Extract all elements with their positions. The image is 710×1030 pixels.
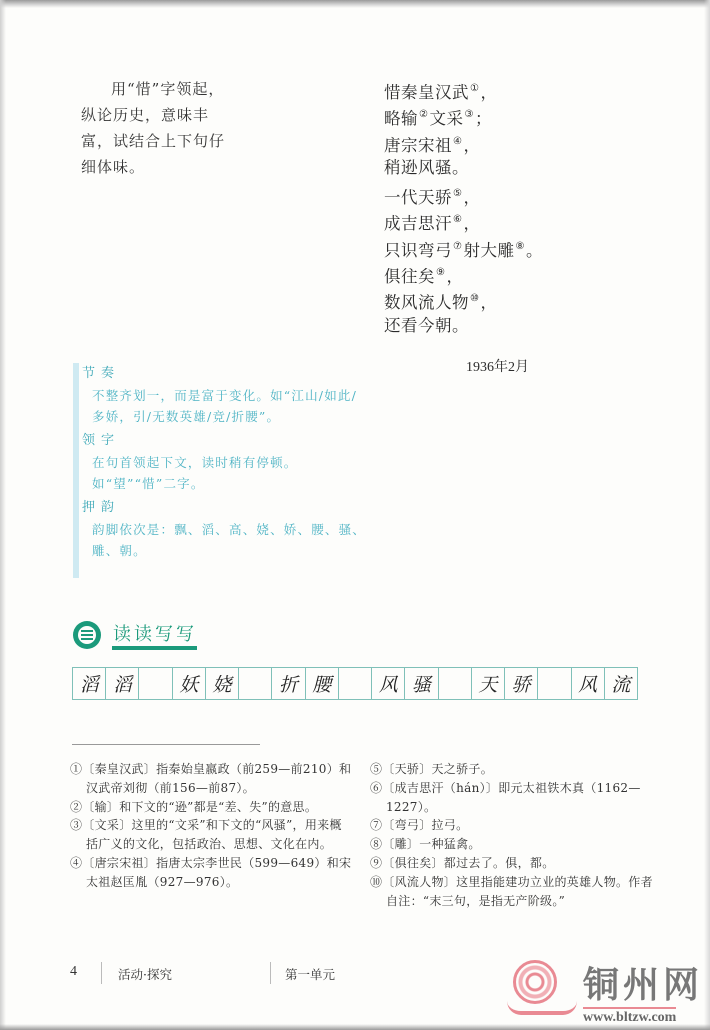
- grid-cell: [339, 668, 372, 699]
- footnote-marker: ⑦: [453, 241, 462, 252]
- annotation-body: 不整齐划一，而是富于变化。如“江山/如此/多娇，引/无数英雄/竞/折腰”。: [82, 385, 367, 427]
- poem-line: 成吉思汗⑥，: [384, 207, 543, 233]
- grid-cell: 骄: [505, 668, 538, 699]
- page-top-shadow: [0, 0, 710, 8]
- poem-punctuation: ，: [463, 136, 480, 155]
- poem-line: 只识弯弓⑦射大雕⑧。: [384, 234, 543, 260]
- poem-text: 一代天骄: [384, 188, 452, 207]
- poem-text: 略输: [384, 109, 418, 128]
- writing-grid: 滔滔妖娆折腰风骚天骄风流: [72, 667, 638, 700]
- footnote: ⑩〔风流人物〕这里指能建功立业的英雄人物。作者自注：“末三句，是指无产阶级。”: [370, 873, 660, 911]
- poem-line: 稍逊风骚。: [384, 155, 543, 181]
- grid-cell: 滔: [106, 668, 139, 699]
- poem-text: 俱往矣: [384, 267, 435, 286]
- poem-punctuation: ，: [446, 267, 463, 286]
- poem-line: 唐宗宋祖④，: [384, 129, 543, 155]
- poem-punctuation: 。: [526, 241, 543, 260]
- annotation-body: 韵脚依次是：飘、滔、高、娆、娇、腰、骚、雕、朝。: [82, 519, 367, 561]
- watermark-ribbon-icon: [507, 1001, 577, 1015]
- footnote-marker: ③: [464, 109, 473, 120]
- section-heading: 读读写写: [73, 617, 273, 653]
- page-left-shadow: [0, 0, 6, 1030]
- reading-prompt: 用“惜”字领起，纵论历史，意味丰富，试结合上下句仔细体味。: [81, 76, 231, 180]
- footnote: ⑧〔雕〕一种猛禽。: [370, 835, 660, 854]
- poem-punctuation: ，: [480, 293, 497, 312]
- poem-line: 还看今朝。: [384, 313, 543, 339]
- page-number: 4: [70, 964, 77, 980]
- grid-cell: 折: [272, 668, 305, 699]
- annotation-heading: 押韵: [82, 497, 367, 519]
- watermark-seal-icon: [513, 960, 557, 1004]
- watermark-name: 铜州网: [583, 957, 703, 1008]
- annotation-heading: 领字: [82, 430, 367, 452]
- grid-cell: 流: [605, 668, 637, 699]
- footnote-marker: ①: [470, 83, 479, 94]
- poem-line: 略输②文采③；: [384, 102, 543, 128]
- page-right-edge: [704, 0, 710, 1030]
- poem-punctuation: ；: [475, 109, 492, 128]
- grid-cell: 妖: [173, 668, 206, 699]
- grid-cell: [439, 668, 472, 699]
- watermark-url: www.bltzw.com: [583, 1007, 676, 1026]
- poem: 惜秦皇汉武①，略输②文采③；唐宗宋祖④，稍逊风骚。一代天骄⑤，成吉思汗⑥，只识弯…: [384, 76, 543, 339]
- footnote: ③〔文采〕这里的“文采”和下文的“风骚”，用来概括广义的文化，包括政治、思想、文…: [70, 816, 352, 854]
- poem-text: 成吉思汗: [384, 214, 452, 233]
- footnote-marker: ⑩: [470, 293, 479, 304]
- grid-cell: 天: [472, 668, 505, 699]
- grid-cell: 娆: [206, 668, 239, 699]
- grid-cell: [139, 668, 172, 699]
- poem-text: 射大雕: [463, 241, 514, 260]
- footnote-divider: [72, 744, 260, 745]
- footnote: ⑦〔弯弓〕拉弓。: [370, 816, 660, 835]
- poem-text: 只识弯弓: [384, 241, 452, 260]
- footnote: ⑨〔俱往矣〕都过去了。俱，都。: [370, 854, 660, 873]
- grid-cell: [538, 668, 571, 699]
- footnote-marker: ④: [453, 136, 462, 147]
- annotation-list: 节奏不整齐划一，而是富于变化。如“江山/如此/多娇，引/无数英雄/竞/折腰”。领…: [82, 363, 367, 564]
- poem-punctuation: 。: [452, 316, 469, 335]
- annotation-heading: 节奏: [82, 363, 367, 385]
- grid-cell: 风: [572, 668, 605, 699]
- footer-divider: [101, 962, 102, 984]
- poem-line: 惜秦皇汉武①，: [384, 76, 543, 102]
- poem-date: 1936年2月: [466, 356, 529, 376]
- grid-cell: 腰: [306, 668, 339, 699]
- footer-unit: 第一单元: [285, 965, 335, 983]
- poem-text: 文采: [429, 109, 463, 128]
- grid-cell: [239, 668, 272, 699]
- footnote: ⑥〔成吉思汗（hán）〕即元太祖铁木真（1162—1227）。: [370, 779, 660, 817]
- footnote-marker: ⑧: [515, 241, 524, 252]
- footnote-marker: ⑤: [453, 188, 462, 199]
- poem-line: 俱往矣⑨，: [384, 260, 543, 286]
- poem-text: 数风流人物: [384, 293, 469, 312]
- grid-cell: 骚: [405, 668, 438, 699]
- footnote-marker: ②: [419, 109, 428, 120]
- footer-divider: [270, 962, 271, 984]
- annotation-body: 在句首领起下文，读时稍有停顿。如“望”“惜”二字。: [82, 452, 367, 494]
- footnotes-left: ①〔秦皇汉武〕指秦始皇嬴政（前259—前210）和汉武帝刘彻（前156—前87）…: [70, 760, 352, 892]
- watermark: 铜州网 www.bltzw.com: [505, 955, 710, 1030]
- annotation-bar: [73, 363, 79, 578]
- poem-punctuation: ，: [463, 214, 480, 233]
- footer-section-title: 活动·探究: [118, 965, 172, 983]
- grid-cell: 滔: [73, 668, 106, 699]
- section-number-three-icon: [73, 621, 101, 649]
- poem-punctuation: 。: [452, 158, 469, 177]
- poem-text: 唐宗宋祖: [384, 136, 452, 155]
- poem-line: 一代天骄⑤，: [384, 181, 543, 207]
- footnote-marker: ⑥: [453, 214, 462, 225]
- footnote: ④〔唐宗宋祖〕指唐太宗李世民（599—649）和宋太祖赵匡胤（927—976）。: [70, 854, 352, 892]
- grid-cell: 风: [372, 668, 405, 699]
- section-underline: [112, 646, 197, 650]
- poem-text: 惜秦皇汉武: [384, 83, 469, 102]
- footnotes-right: ⑤〔天骄〕天之骄子。⑥〔成吉思汗（hán）〕即元太祖铁木真（1162—1227）…: [370, 760, 660, 910]
- poem-punctuation: ，: [480, 83, 497, 102]
- poem-text: 稍逊风骚: [384, 158, 452, 177]
- footnote: ①〔秦皇汉武〕指秦始皇嬴政（前259—前210）和汉武帝刘彻（前156—前87）…: [70, 760, 352, 798]
- poem-punctuation: ，: [463, 188, 480, 207]
- footnote: ②〔输〕和下文的“逊”都是“差、失”的意思。: [70, 798, 352, 817]
- footnote-marker: ⑨: [436, 267, 445, 278]
- annotation-sidebar: 节奏不整齐划一，而是富于变化。如“江山/如此/多娇，引/无数英雄/竞/折腰”。领…: [73, 363, 363, 578]
- footnote: ⑤〔天骄〕天之骄子。: [370, 760, 660, 779]
- section-title: 读读写写: [113, 620, 197, 646]
- poem-line: 数风流人物⑩，: [384, 286, 543, 312]
- reading-prompt-text: 用“惜”字领起，纵论历史，意味丰富，试结合上下句仔细体味。: [81, 76, 231, 180]
- poem-text: 还看今朝: [384, 316, 452, 335]
